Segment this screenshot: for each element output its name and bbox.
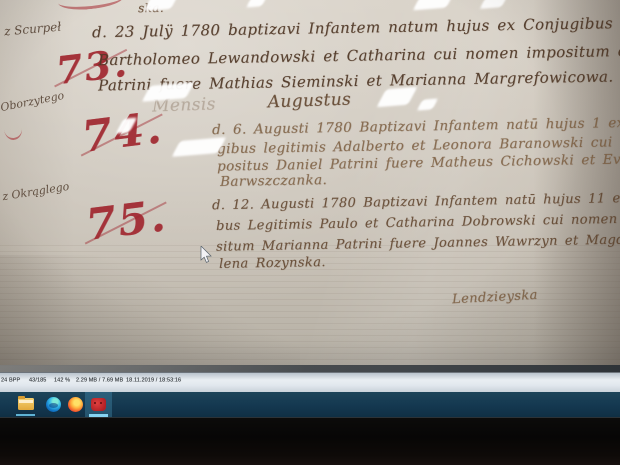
manuscript-line: Barwszczanka. <box>220 172 327 190</box>
glare-reflection <box>376 87 417 108</box>
taskbar-button-file-explorer[interactable] <box>12 392 39 417</box>
file-explorer-icon <box>18 398 34 410</box>
month-heading-word: Augustus <box>267 90 351 113</box>
monitor-photo: ska. z Scurpeł 73. d. 23 Julÿ 1780 bapti… <box>0 0 620 465</box>
signature: Lendzieyska <box>452 288 538 307</box>
glare-reflection <box>413 0 454 10</box>
margin-place-note: Oborzytego <box>0 89 65 114</box>
manuscript-line: lena Rozynska. <box>219 255 326 272</box>
irfanview-icon <box>91 398 106 411</box>
manuscript-line: d. 23 Julÿ 1780 baptizavi Infantem natum… <box>92 13 620 42</box>
manuscript-line: Patrini fuere Mathias Sieminski et Maria… <box>98 68 614 95</box>
status-bar: 24 BPP 43/185 142 % 2.29 MB / 7.69 MB 18… <box>0 372 620 393</box>
month-heading: MensisAugustus <box>152 90 352 117</box>
entry-number: 74. <box>79 103 165 162</box>
glare-reflection <box>480 0 508 9</box>
firefox-icon <box>68 397 83 412</box>
red-ink-flourish <box>3 117 23 141</box>
manuscript-line: d. 12. Augusti 1780 Baptizavi Infantem n… <box>212 190 620 214</box>
status-bit-depth: 24 BPP <box>1 377 20 383</box>
status-file-index: 43/185 <box>29 377 46 383</box>
margin-place-note: z Scurpeł <box>3 20 61 39</box>
manuscript-line: Bartholomeo Lewandowski et Catharina cui… <box>98 41 620 69</box>
mouse-cursor <box>200 246 212 264</box>
monitor-bezel <box>0 417 620 465</box>
entry-number: 75. <box>83 191 169 250</box>
document-image-canvas[interactable]: ska. z Scurpeł 73. d. 23 Julÿ 1780 bapti… <box>0 0 620 372</box>
status-file-size: 2.29 MB / 7.69 MB <box>76 377 123 383</box>
status-zoom-level: 142 % <box>54 377 70 383</box>
red-ink-flourish <box>57 0 125 12</box>
glare-reflection <box>417 98 439 110</box>
glare-reflection <box>246 0 267 8</box>
manuscript-line: situm Marianna Patrini fuere Joannes Waw… <box>216 232 620 254</box>
photo-bottom-edge <box>0 365 620 372</box>
margin-place-note: z Okrąglego <box>1 180 70 203</box>
manuscript-line: bus Legitimis Paulo et Catharina Dobrows… <box>216 211 620 234</box>
microsoft-edge-icon <box>46 397 61 412</box>
photo-shadow <box>0 255 300 372</box>
taskbar-button-irfanview[interactable] <box>85 392 112 417</box>
manuscript-fragment: ska. <box>138 1 164 15</box>
running-indicator <box>16 414 35 416</box>
status-datetime: 18.11.2019 / 18:53:16 <box>126 377 181 383</box>
taskbar <box>0 392 620 417</box>
